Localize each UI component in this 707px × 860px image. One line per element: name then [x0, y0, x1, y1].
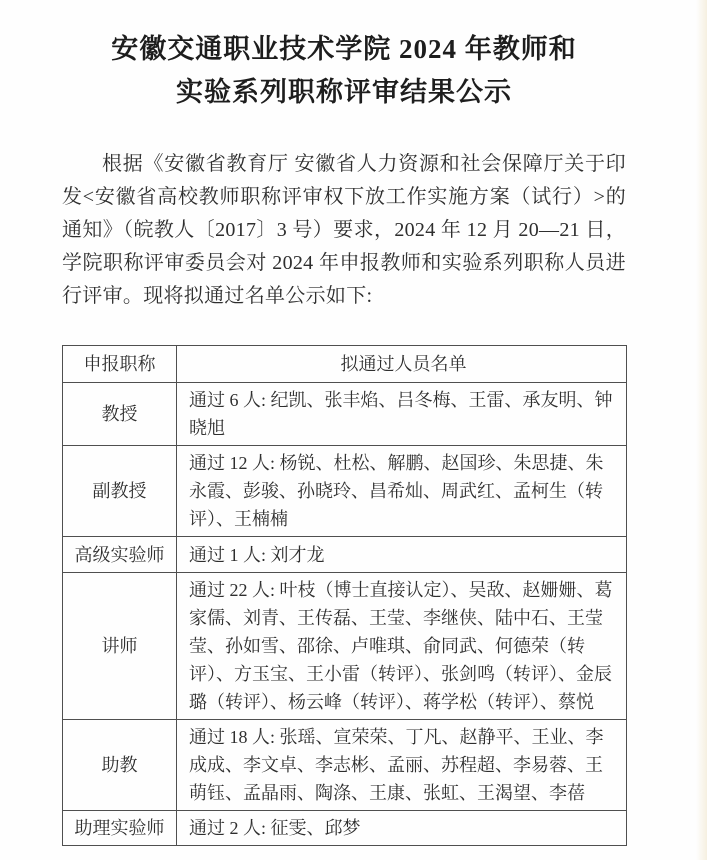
table-row-assistant-experimentalist: 助理实验师 通过 2 人: 征雯、邱梦 [63, 811, 627, 846]
names-cell: 通过 1 人: 刘才龙 [177, 537, 627, 573]
names-cell: 通过 6 人: 纪凯、张丰焰、吕冬梅、王雷、承友明、钟晓旭 [177, 383, 627, 446]
position-cell: 助理实验师 [63, 811, 177, 846]
position-cell: 讲师 [63, 573, 177, 720]
header-cell-names: 拟通过人员名单 [177, 346, 627, 383]
table-row-lecturer: 讲师 通过 22 人: 叶枝（博士直接认定）、吴敌、赵姗姗、葛家儒、刘青、王传磊… [63, 573, 627, 720]
page-title: 安徽交通职业技术学院 2024 年教师和 实验系列职称评审结果公示 [62, 0, 626, 114]
names-cell: 通过 18 人: 张瑶、宣荣荣、丁凡、赵静平、王业、李成成、李文卓、李志彬、孟丽… [177, 720, 627, 811]
scan-edge-shadow [696, 0, 707, 860]
table-row-senior-experimentalist: 高级实验师 通过 1 人: 刘才龙 [63, 537, 627, 573]
document-content: 安徽交通职业技术学院 2024 年教师和 实验系列职称评审结果公示 根据《安徽省… [62, 0, 626, 846]
names-cell: 通过 2 人: 征雯、邱梦 [177, 811, 627, 846]
position-cell: 高级实验师 [63, 537, 177, 573]
intro-paragraph: 根据《安徽省教育厅 安徽省人力资源和社会保障厅关于印发<安徽省高校教师职称评审权… [62, 148, 626, 313]
table-row-assistant: 助教 通过 18 人: 张瑶、宣荣荣、丁凡、赵静平、王业、李成成、李文卓、李志彬… [63, 720, 627, 811]
table-header-row: 申报职称 拟通过人员名单 [63, 346, 627, 383]
results-table: 申报职称 拟通过人员名单 教授 通过 6 人: 纪凯、张丰焰、吕冬梅、王雷、承友… [62, 345, 627, 846]
position-cell: 教授 [63, 383, 177, 446]
position-cell: 助教 [63, 720, 177, 811]
header-cell-position: 申报职称 [63, 346, 177, 383]
table-row-professor: 教授 通过 6 人: 纪凯、张丰焰、吕冬梅、王雷、承友明、钟晓旭 [63, 383, 627, 446]
position-cell: 副教授 [63, 446, 177, 537]
title-line-2: 实验系列职称评审结果公示 [62, 71, 626, 114]
table-row-associate-professor: 副教授 通过 12 人: 杨锐、杜松、解鹏、赵国珍、朱思捷、朱永霞、彭骏、孙晓玲… [63, 446, 627, 537]
names-cell: 通过 12 人: 杨锐、杜松、解鹏、赵国珍、朱思捷、朱永霞、彭骏、孙晓玲、昌希灿… [177, 446, 627, 537]
names-cell: 通过 22 人: 叶枝（博士直接认定）、吴敌、赵姗姗、葛家儒、刘青、王传磊、王莹… [177, 573, 627, 720]
document-page: 安徽交通职业技术学院 2024 年教师和 实验系列职称评审结果公示 根据《安徽省… [0, 0, 707, 860]
title-line-1: 安徽交通职业技术学院 2024 年教师和 [62, 28, 626, 71]
